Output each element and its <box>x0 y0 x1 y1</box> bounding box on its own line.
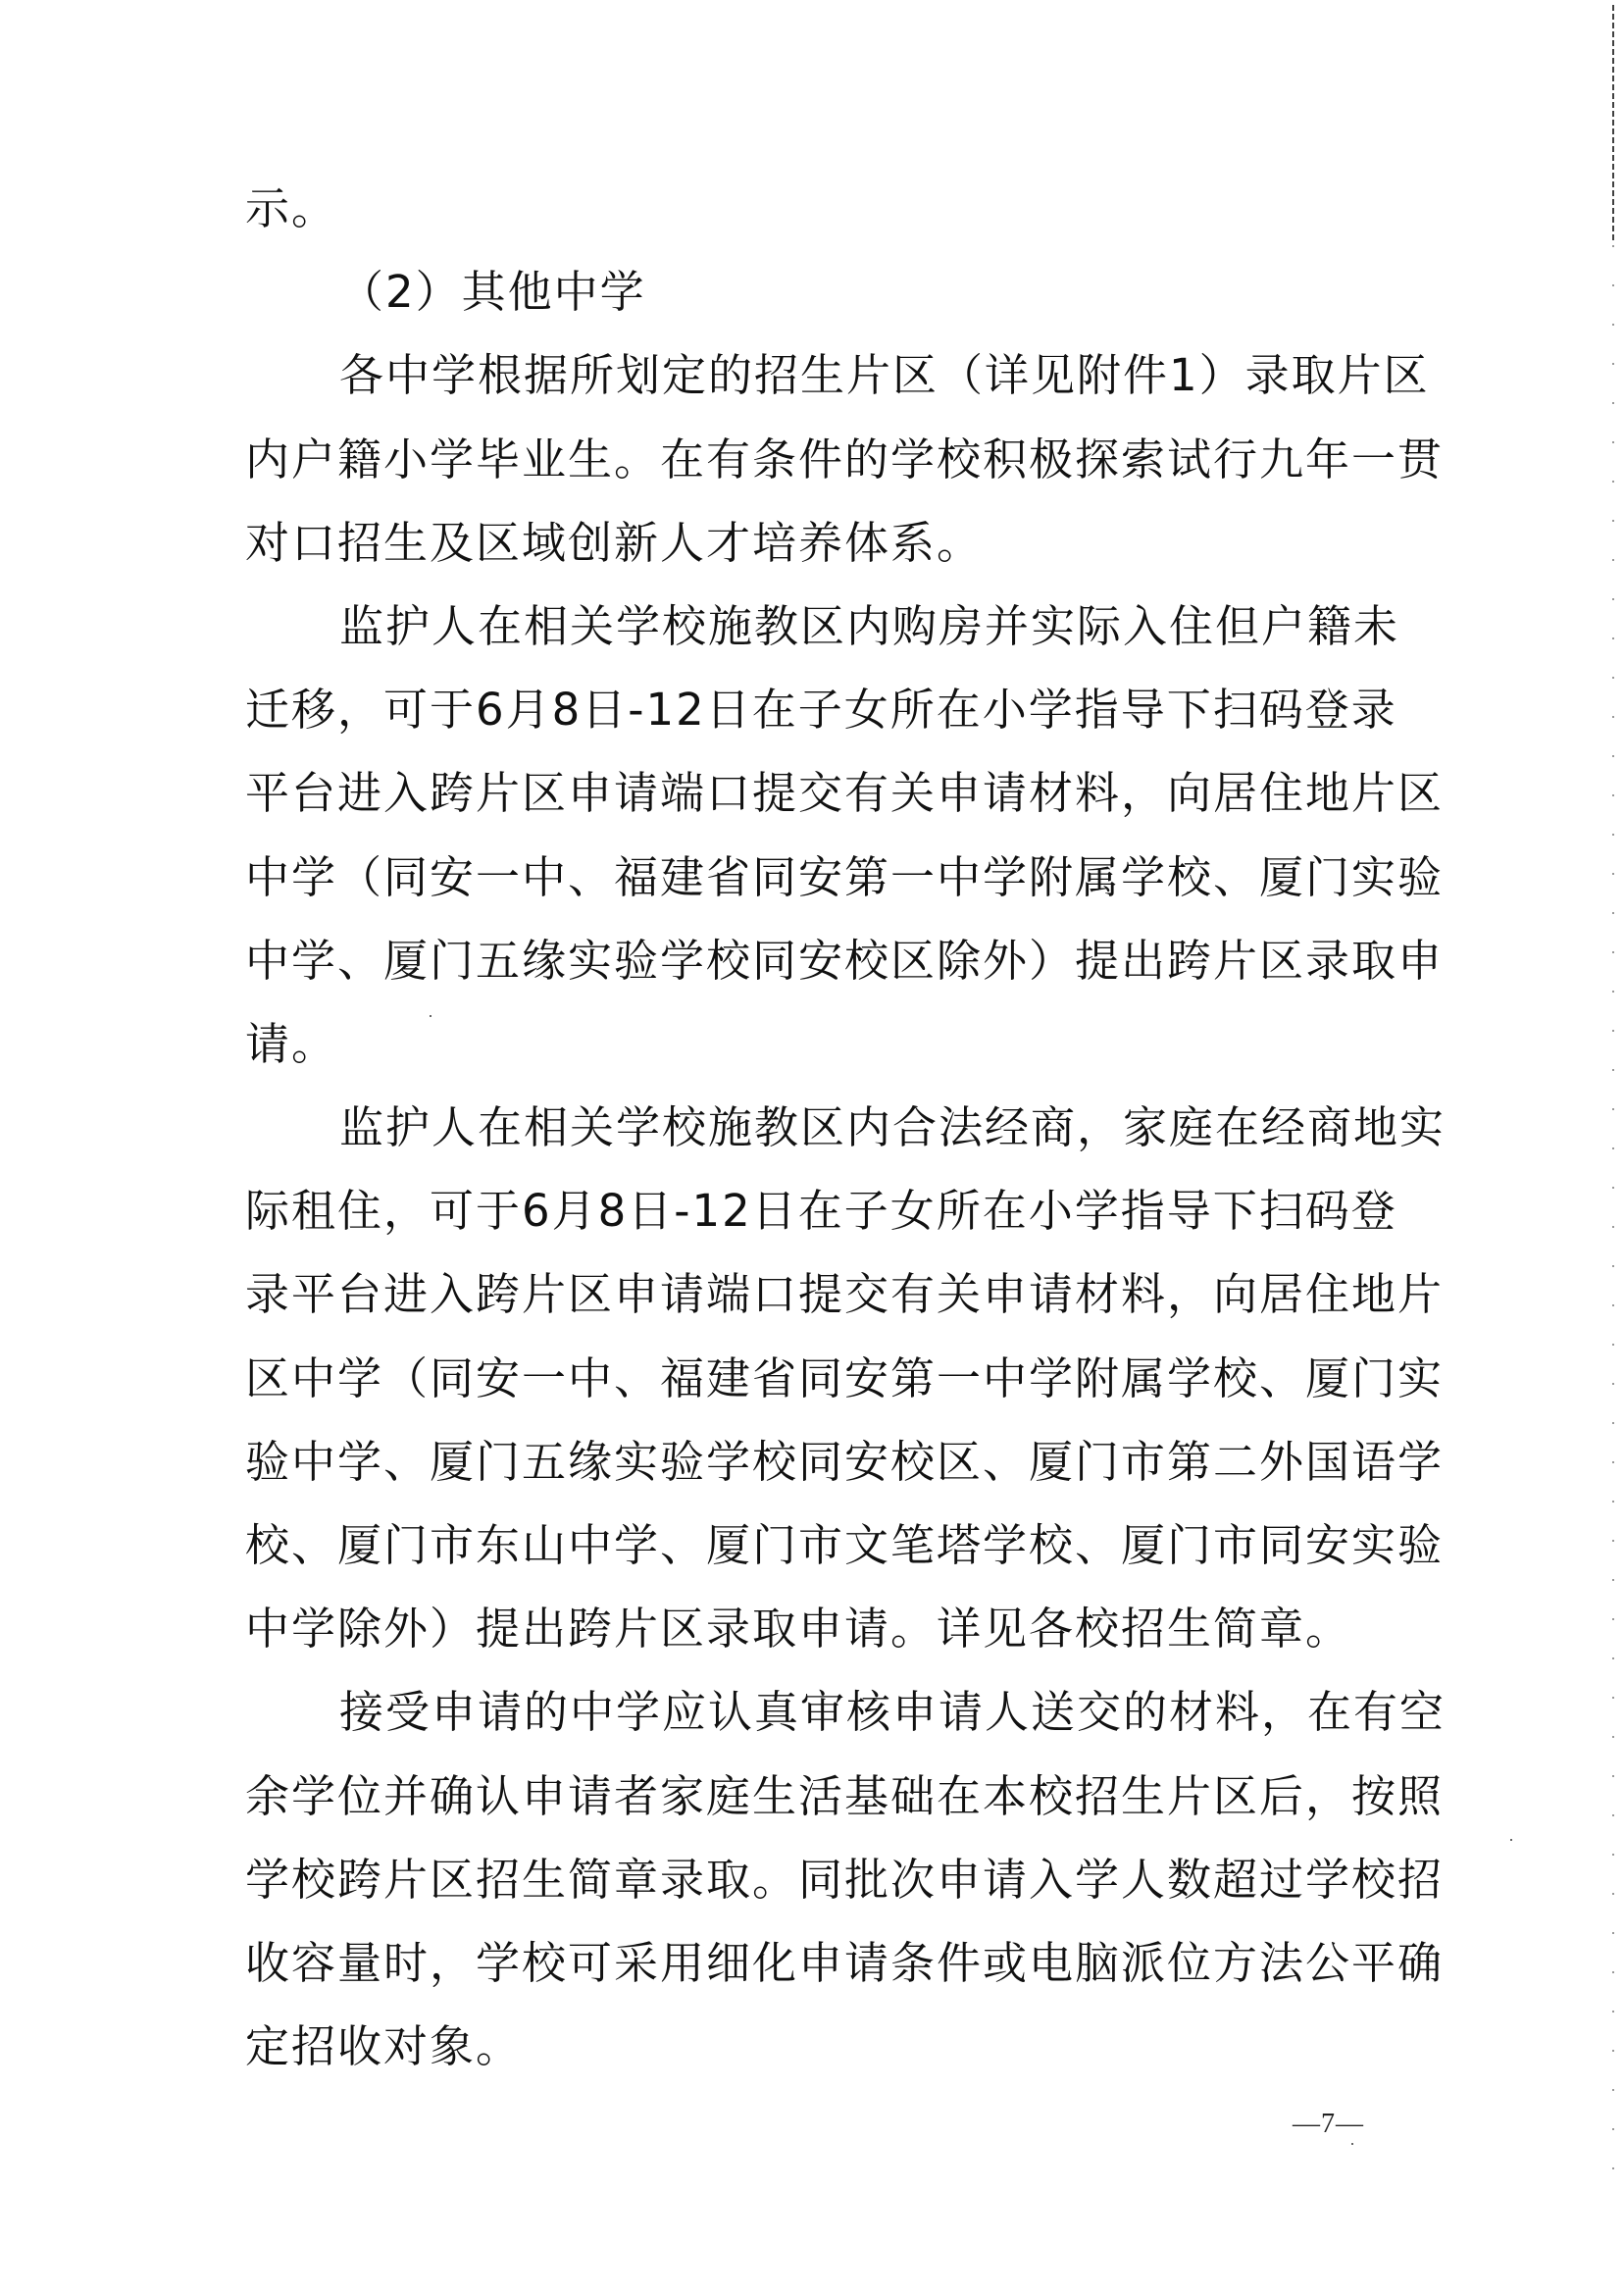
paragraph-3-line-4: 区中学（同安一中、福建省同安第一中学附属学校、厦门实 <box>245 1350 1368 1433</box>
body-text: 示。 （2）其他中学 各中学根据所划定的招生片区（详见附件1）录取片区 内户籍小… <box>245 179 1373 2101</box>
paragraph-1-line-2: 内户籍小学毕业生。在有条件的学校积极探索试行九年一贯 <box>245 431 1368 514</box>
scan-speck <box>1510 1839 1512 1841</box>
scan-edge-dots <box>1612 245 1614 2207</box>
paragraph-end-line: 示。 <box>245 179 1373 263</box>
paragraph-4-line-2: 余学位并确认申请者家庭生活基础在本校招生片区后，按照 <box>245 1767 1368 1851</box>
page-number: —7— <box>1293 2109 1364 2140</box>
section-heading: （2）其他中学 <box>245 263 1373 346</box>
paragraph-1-line-1: 各中学根据所划定的招生片区（详见附件1）录取片区 <box>245 346 1368 430</box>
paragraph-2-line-5: 中学、厦门五缘实验学校同安校区除外）提出跨片区录取申 <box>245 932 1368 1015</box>
paragraph-1-line-3: 对口招生及区域创新人才培养体系。 <box>245 514 1373 597</box>
paragraph-3-line-5: 验中学、厦门五缘实验学校同安校区、厦门市第二外国语学 <box>245 1433 1368 1516</box>
paragraph-3-line-6: 校、厦门市东山中学、厦门市文笔塔学校、厦门市同安实验 <box>245 1516 1368 1600</box>
paragraph-3-line-3: 录平台进入跨片区申请端口提交有关申请材料，向居住地片 <box>245 1265 1368 1349</box>
paragraph-2-line-3: 平台进入跨片区申请端口提交有关申请材料，向居住地片区 <box>245 764 1368 847</box>
scan-speck <box>1351 2143 1353 2145</box>
scan-speck <box>430 1015 431 1017</box>
paragraph-4-line-3: 学校跨片区招生简章录取。同批次申请入学人数超过学校招 <box>245 1851 1368 1934</box>
paragraph-2-line-6: 请。 <box>245 1015 1373 1098</box>
paragraph-2-line-2: 迁移，可于6月8日-12日在子女所在小学指导下扫码登录 <box>245 681 1368 764</box>
paragraph-4-line-4: 收容量时，学校可采用细化申请条件或电脑派位方法公平确 <box>245 1934 1368 2017</box>
paragraph-4-line-5: 定招收对象。 <box>245 2017 1373 2101</box>
paragraph-4-line-1: 接受申请的中学应认真审核申请人送交的材料，在有空 <box>245 1683 1368 1766</box>
paragraph-2-line-4: 中学（同安一中、福建省同安第一中学附属学校、厦门实验 <box>245 848 1368 932</box>
scan-edge-line <box>1612 5 1614 240</box>
paragraph-3-line-1: 监护人在相关学校施教区内合法经商，家庭在经商地实 <box>245 1098 1368 1182</box>
paragraph-3-line-2: 际租住，可于6月8日-12日在子女所在小学指导下扫码登 <box>245 1182 1368 1265</box>
paragraph-2-line-1: 监护人在相关学校施教区内购房并实际入住但户籍未 <box>245 597 1368 681</box>
document-page: 示。 （2）其他中学 各中学根据所划定的招生片区（详见附件1）录取片区 内户籍小… <box>0 0 1624 2293</box>
paragraph-3-line-7: 中学除外）提出跨片区录取申请。详见各校招生简章。 <box>245 1600 1373 1683</box>
